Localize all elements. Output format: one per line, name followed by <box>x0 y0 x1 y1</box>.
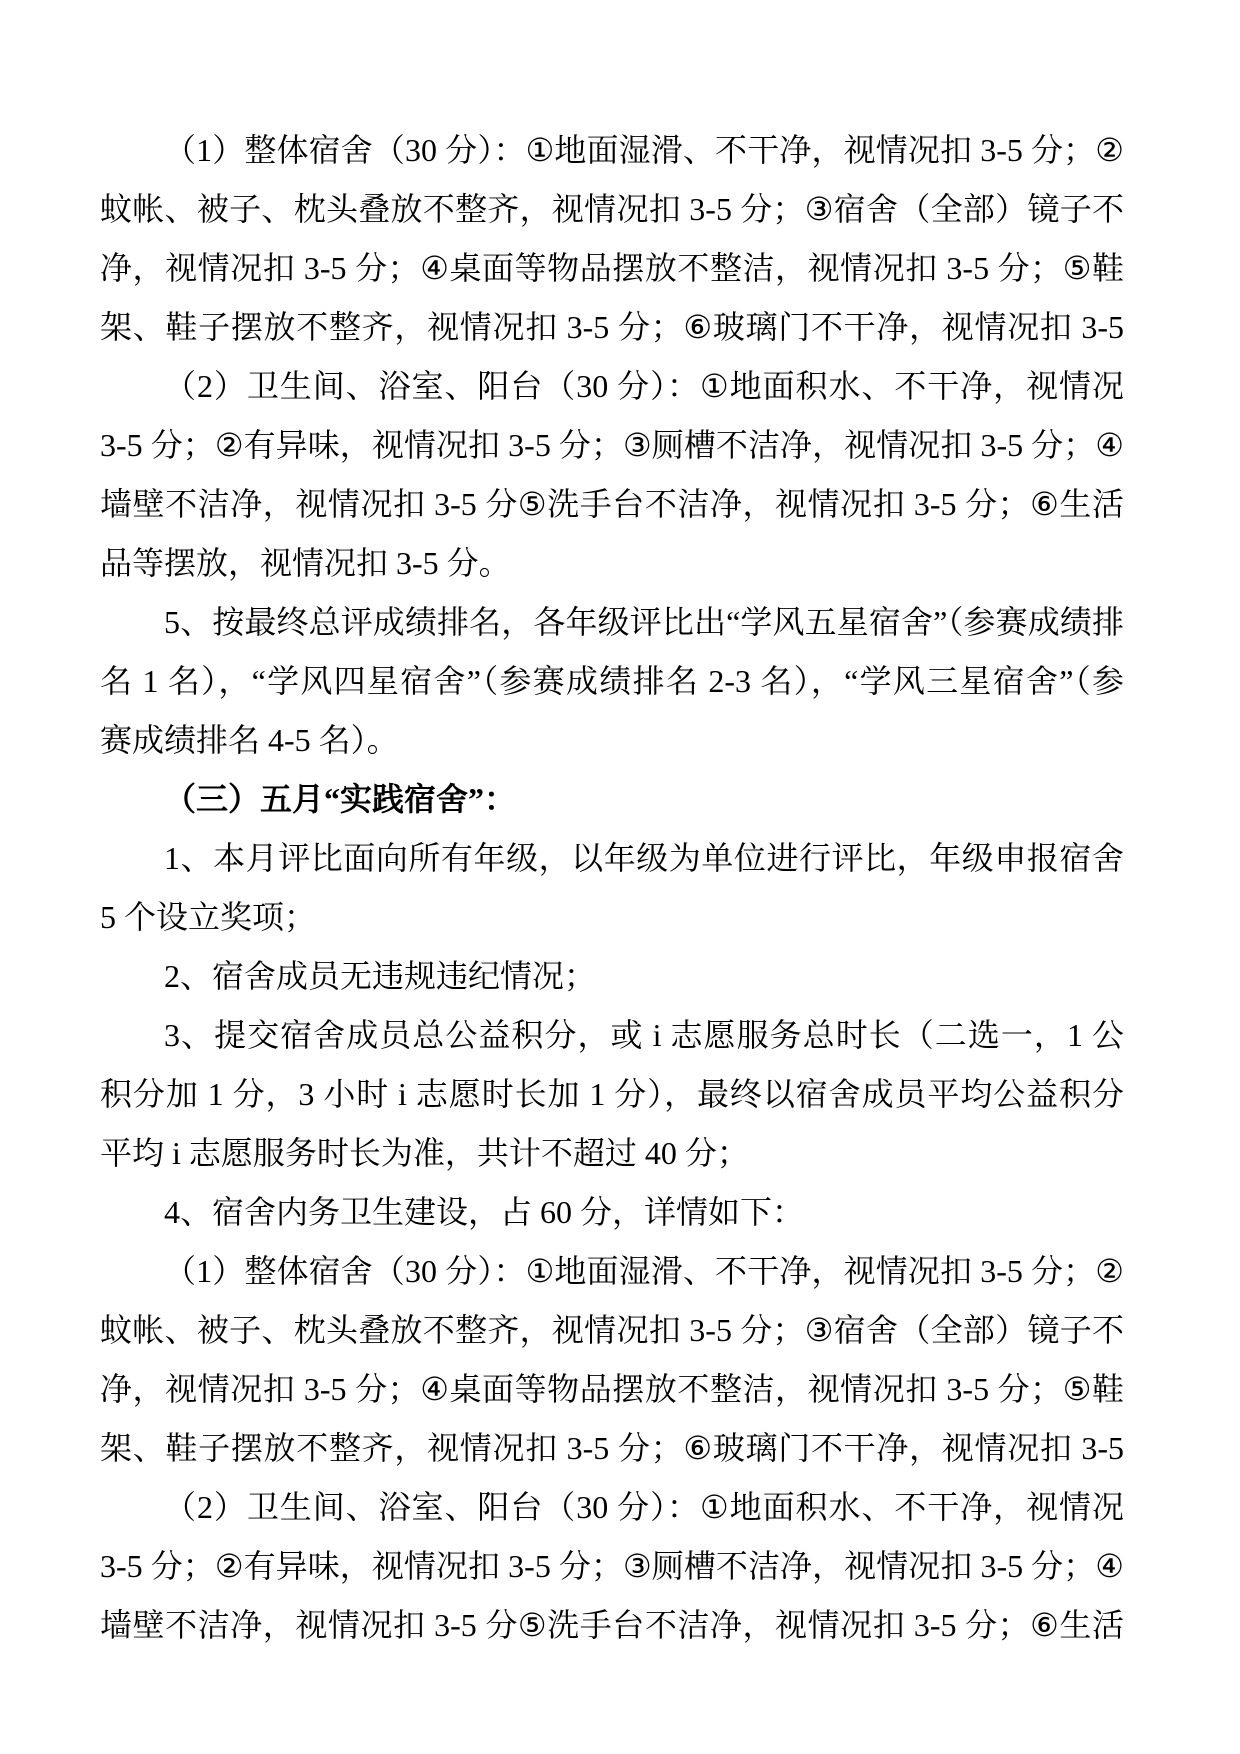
text-line: 蚊帐、被子、枕头叠放不整齐，视情况扣 3-5 分；③宿舍（全部）镜子不干 <box>100 180 1124 239</box>
text-line: 墙壁不洁净，视情况扣 3-5 分⑤洗手台不洁净，视情况扣 3-5 分；⑥生活用 <box>100 475 1124 534</box>
text-line: 3、提交宿舍成员总公益积分，或 i 志愿服务总时长（二选一，1 公益 <box>100 1006 1124 1065</box>
text-line: 净，视情况扣 3-5 分；④桌面等物品摆放不整洁，视情况扣 3-5 分；⑤鞋 <box>100 1360 1124 1419</box>
text-line: 墙壁不洁净，视情况扣 3-5 分⑤洗手台不洁净，视情况扣 3-5 分；⑥生活用 <box>100 1596 1124 1655</box>
text-line: 蚊帐、被子、枕头叠放不整齐，视情况扣 3-5 分；③宿舍（全部）镜子不干 <box>100 1301 1124 1360</box>
text-line: 5 个设立奖项； <box>100 888 1124 947</box>
text-line: 平均 i 志愿服务时长为准，共计不超过 40 分； <box>100 1124 1124 1183</box>
text-line: 2、宿舍成员无违规违纪情况； <box>100 947 1124 1006</box>
text-line: 3-5 分；②有异味，视情况扣 3-5 分；③厕槽不洁净，视情况扣 3-5 分；… <box>100 416 1124 475</box>
text-line: 架、鞋子摆放不整齐，视情况扣 3-5 分；⑥玻璃门不干净，视情况扣 3-5 分。 <box>100 1419 1124 1478</box>
text-line: 4、宿舍内务卫生建设，占 60 分，详情如下： <box>100 1183 1124 1242</box>
text-line: 赛成绩排名 4-5 名）。 <box>100 711 1124 770</box>
text-line: 品等摆放，视情况扣 3-5 分。 <box>100 534 1124 593</box>
document-body: （1）整体宿舍（30 分）：①地面湿滑、不干净，视情况扣 3-5 分；②蚊帐、被… <box>100 121 1124 1655</box>
text-line: 5、按最终总评成绩排名，各年级评比出“学风五星宿舍”（参赛成绩排 <box>100 593 1124 652</box>
text-line: （2）卫生间、浴室、阳台（30 分）：①地面积水、不干净，视情况扣 <box>100 357 1124 416</box>
section-heading: （三）五月“实践宿舍”： <box>100 770 1124 829</box>
text-line: 架、鞋子摆放不整齐，视情况扣 3-5 分；⑥玻璃门不干净，视情况扣 3-5 分。 <box>100 298 1124 357</box>
text-line: 名 1 名），“学风四星宿舍”（参赛成绩排名 2-3 名），“学风三星宿舍”（参 <box>100 652 1124 711</box>
text-line: 3-5 分；②有异味，视情况扣 3-5 分；③厕槽不洁净，视情况扣 3-5 分；… <box>100 1537 1124 1596</box>
text-line: （1）整体宿舍（30 分）：①地面湿滑、不干净，视情况扣 3-5 分；② <box>100 121 1124 180</box>
text-line: （2）卫生间、浴室、阳台（30 分）：①地面积水、不干净，视情况扣 <box>100 1478 1124 1537</box>
text-line: 净，视情况扣 3-5 分；④桌面等物品摆放不整洁，视情况扣 3-5 分；⑤鞋 <box>100 239 1124 298</box>
text-line: 积分加 1 分，3 小时 i 志愿时长加 1 分），最终以宿舍成员平均公益积分或 <box>100 1065 1124 1124</box>
document-page: （1）整体宿舍（30 分）：①地面湿滑、不干净，视情况扣 3-5 分；②蚊帐、被… <box>0 0 1240 1754</box>
text-line: 1、本月评比面向所有年级，以年级为单位进行评比，年级申报宿舍≥ <box>100 829 1124 888</box>
text-line: （1）整体宿舍（30 分）：①地面湿滑、不干净，视情况扣 3-5 分；② <box>100 1242 1124 1301</box>
